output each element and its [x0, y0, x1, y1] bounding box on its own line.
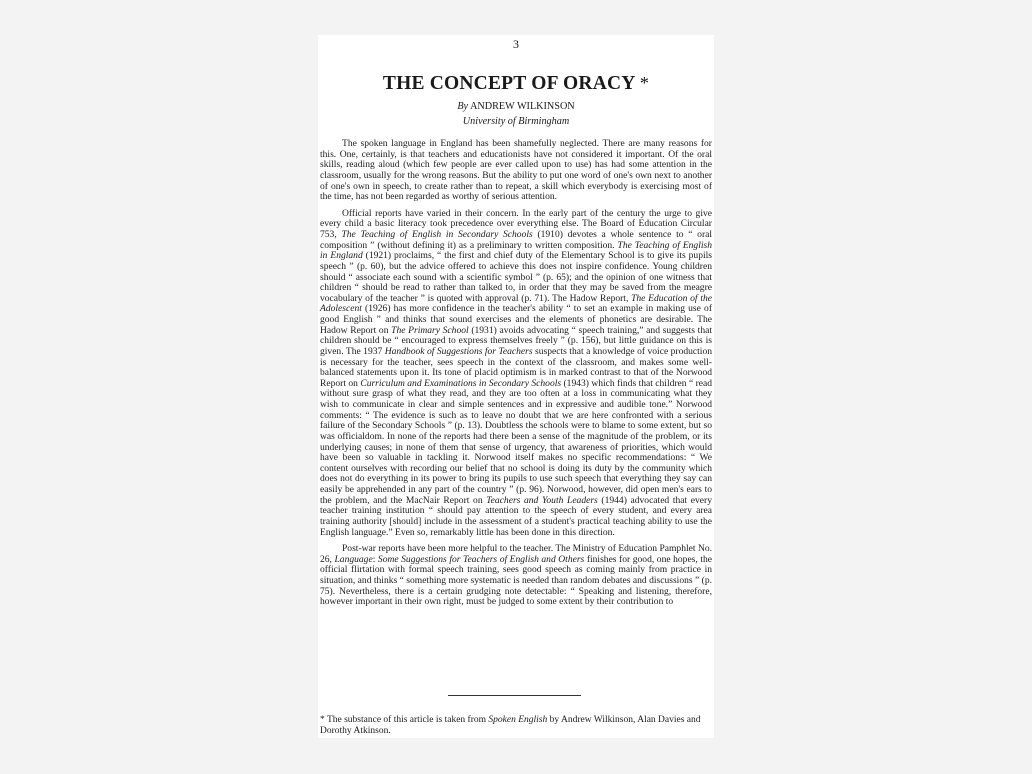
footnote-divider [448, 695, 581, 696]
page-number: 3 [318, 37, 714, 52]
author-affiliation: University of Birmingham [318, 116, 714, 127]
italic-title: Spoken English [488, 715, 547, 725]
article-title: THE CONCEPT OF ORACY * [318, 73, 714, 95]
paragraph: Official reports have varied in their co… [320, 209, 712, 538]
byline-prefix: By [457, 101, 468, 112]
italic-title: Curriculum and Examinations in Secondary… [360, 378, 561, 389]
italic-title: Handbook of Suggestions for Teachers [385, 346, 533, 357]
author-name: ANDREW WILKINSON [470, 101, 575, 112]
footnote-marker: * [640, 73, 649, 93]
italic-title: Language [335, 554, 373, 565]
footnote: * The substance of this article is taken… [320, 715, 712, 737]
paragraph: The spoken language in England has been … [320, 139, 712, 203]
paragraph: Post-war reports have been more helpful … [320, 544, 712, 608]
document-page: 3 THE CONCEPT OF ORACY * By ANDREW WILKI… [318, 35, 714, 738]
article-body: The spoken language in England has been … [320, 139, 712, 608]
italic-title: Teachers and Youth Leaders [486, 495, 598, 506]
italic-title: Some Suggestions for Teachers of English… [378, 554, 584, 565]
byline: By ANDREW WILKINSON [318, 101, 714, 112]
italic-title: The Teaching of English in Secondary Sch… [341, 229, 532, 240]
italic-title: The Primary School [391, 325, 468, 336]
article-title-text: THE CONCEPT OF ORACY [383, 73, 635, 94]
footnote-text: The substance of this article is taken f… [320, 715, 701, 736]
